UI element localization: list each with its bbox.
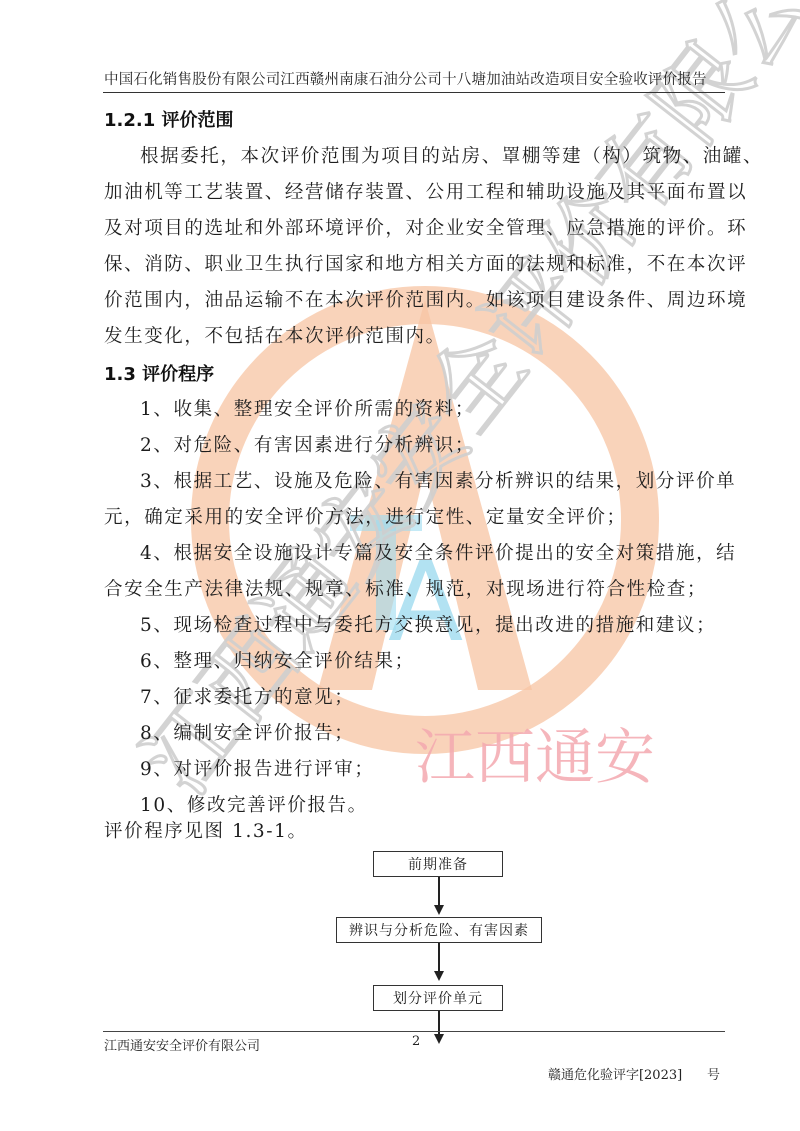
flowchart-step-2: 辨识与分析危险、有害因素	[336, 917, 542, 943]
list-item: 2、对危险、有害因素进行分析辨识；	[140, 431, 475, 457]
figure-reference: 评价程序见图 1.3-1。	[104, 817, 308, 843]
watermark-logo: A 江西通安安全评价有限公司 江西通安	[0, 0, 800, 1131]
arrow-down-icon	[434, 905, 444, 915]
flowchart-step-1: 前期准备	[373, 851, 503, 877]
list-item-continuation: 元，确定采用的安全评价方法，进行定性、定量安全评价；	[104, 503, 627, 529]
paragraph-line: 发生变化，不包括在本次评价范围内。	[104, 322, 446, 348]
list-item-continuation: 合安全生产法律法规、规章、标准、规范，对现场进行符合性检查；	[104, 575, 707, 601]
list-item: 3、根据工艺、设施及危险、有害因素分析辨识的结果，划分评价单	[140, 467, 736, 493]
list-item: 7、征求委托方的意见；	[140, 683, 354, 709]
list-item: 6、整理、归纳安全评价结果；	[140, 647, 415, 673]
list-item: 8、编制安全评价报告；	[140, 719, 354, 745]
list-item: 10、修改完善评价报告。	[140, 791, 368, 817]
section-heading-1-2-1: 1.2.1 评价范围	[104, 106, 234, 132]
footer-rule	[103, 1031, 725, 1032]
list-item: 4、根据安全设施设计专篇及安全条件评价提出的安全对策措施，结	[140, 539, 736, 565]
paragraph-line: 根据委托，本次评价范围为项目的站房、罩棚等建（构）筑物、油罐、	[140, 142, 763, 168]
flowchart-connector	[438, 1011, 440, 1036]
arrow-down-icon	[434, 1034, 444, 1044]
paragraph-line: 及对项目的选址和外部环境评价，对企业安全管理、应急措施的评价。环	[104, 214, 747, 240]
arrow-down-icon	[434, 971, 444, 981]
footer-company: 江西通安安全评价有限公司	[104, 1035, 260, 1054]
document-number: 赣通危化验评字[2023] 号	[548, 1064, 720, 1083]
list-item: 1、收集、整理安全评价所需的资料；	[140, 395, 475, 421]
paragraph-line: 价范围内，油品运输不在本次评价范围内。如该项目建设条件、周边环境	[104, 286, 747, 312]
svg-text:江西通安: 江西通安	[415, 723, 655, 793]
section-heading-1-3: 1.3 评价程序	[104, 360, 214, 386]
flowchart-step-3: 划分评价单元	[373, 985, 503, 1011]
header-rule	[103, 92, 725, 93]
paragraph-line: 加油机等工艺装置、经营储存装置、公用工程和辅助设施及其平面布置以	[104, 178, 747, 204]
paragraph-line: 保、消防、职业卫生执行国家和地方相关方面的法规和标准，不在本次评	[104, 250, 747, 276]
page-number: 2	[412, 1034, 420, 1049]
header-title: 中国石化销售股份有限公司江西赣州南康石油分公司十八塘加油站改造项目安全验收评价报…	[104, 68, 707, 89]
list-item: 5、现场检查过程中与委托方交换意见，提出改进的措施和建议；	[140, 611, 716, 637]
list-item: 9、对评价报告进行评审；	[140, 755, 374, 781]
